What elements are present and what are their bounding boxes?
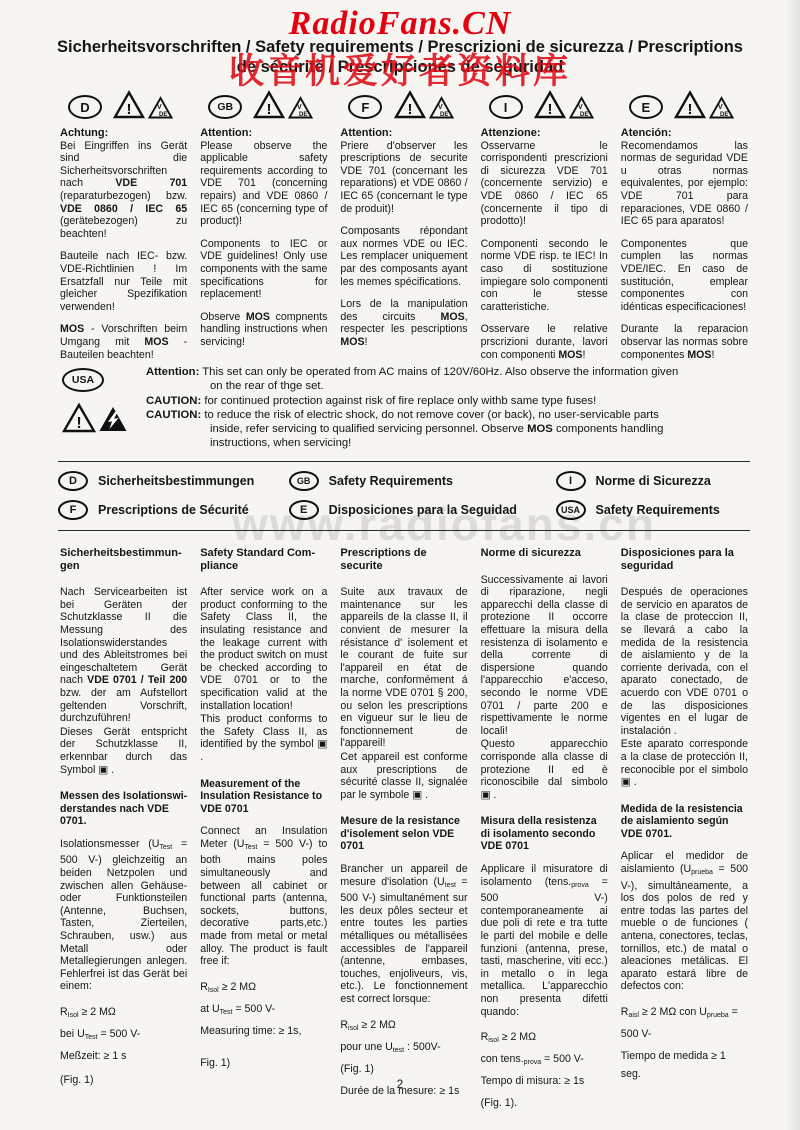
safety-column-i: Attenzione: Osservarne le corrispondenti… [481, 127, 608, 371]
column-heading: Prescriptions de securite [340, 547, 467, 572]
banner-label: Disposiciones para la Seguidad [329, 503, 517, 517]
paragraph: Recomendamos las normas de seguridad VDE… [621, 140, 748, 228]
paragraph: Aplicar el medidor de aislamiento (Uprue… [621, 850, 748, 993]
paragraph: Cet appareil est conforme aux prescripti… [340, 751, 467, 801]
paragraph: Nach Servicearbeiten ist bei Geräten der… [60, 586, 187, 725]
usa-attention-text: Attention: This set can only be operated… [132, 366, 692, 452]
paragraph: Osservare le relative prscrizioni durant… [481, 323, 608, 361]
vde-triangle-icon: VDE [709, 96, 734, 119]
usa-line: CAUTION: to reduce the risk of electric … [146, 409, 692, 450]
svg-text:V: V [157, 104, 162, 111]
column-subheading: Misura della resistenza di isolamento se… [481, 815, 608, 853]
paragraph: Please observe the applicable safety req… [200, 140, 327, 228]
banner-label: Safety Requirements [596, 503, 720, 517]
country-badge-gb: GB [208, 95, 242, 119]
country-badge-i: I [489, 95, 523, 119]
usa-line-label: CAUTION: [146, 409, 201, 421]
country-badge-e: E [629, 95, 663, 119]
paragraph: Componentes que cumplen las normas VDE/I… [621, 238, 748, 314]
paragraph: Composants répondant aux normes VDE ou I… [340, 225, 467, 288]
safety-column-f: Attention: Priere d'observer les prescri… [340, 127, 467, 371]
paragraph: Componenti secondo le norme VDE risp. te… [481, 238, 608, 314]
svg-text:V: V [578, 104, 583, 111]
country-badge-f: F [58, 500, 88, 520]
paragraph: Bei Eingriffen ins Gerät sind die Sicher… [60, 140, 187, 241]
column-heading: Norme di sicurezza [481, 547, 608, 560]
warning-triangle-icon: ! [113, 90, 145, 119]
column-heading: Sicherheitsbestimmun­gen [60, 547, 187, 572]
paragraph: Suite aux travaux de maintenance sur les… [340, 586, 467, 750]
figure-reference: Fig. 1) [200, 1054, 327, 1072]
column-heading: Attention: [200, 127, 327, 140]
paragraph: MOS - Vorschriften beim Umgang mit MOS -… [60, 323, 187, 361]
warning-vde-icons: ! VDE [394, 90, 454, 119]
top-language-columns: Achtung: Bei Eingriffen ins Gerät sind d… [60, 127, 748, 371]
column-subheading: Mesure de la resistance d'isolement selo… [340, 815, 467, 853]
paragraph: Brancher un appareil de mesure d'isolati… [340, 863, 467, 1006]
high-voltage-triangle-icon [98, 405, 128, 433]
radiofans-watermark: RadioFans.CN [0, 5, 800, 43]
usa-line-text: to reduce the risk of electric shock, do… [204, 409, 663, 449]
paragraph: Observe MOS compnents handling instructi… [200, 311, 327, 349]
country-badge-d: D [58, 471, 88, 491]
svg-text:V: V [297, 104, 302, 111]
banner-label: Prescriptions de Sécurité [98, 503, 249, 517]
badge-cell-f: F ! VDE [340, 90, 467, 119]
country-badge-e: E [289, 500, 319, 520]
scanned-manual-page: RadioFans.CN 收音机爱好者资料库 www.radiofans.cn … [0, 0, 800, 1130]
formula-line: Risol ≥ 2 MΩ [340, 1016, 467, 1038]
column-subheading: Measurement of the Insu­lation Resistanc… [200, 778, 327, 816]
paragraph: After service work on a product conformi… [200, 586, 327, 712]
paragraph: Questo apparecchio corrisponde alla clas… [481, 738, 608, 801]
badge-cell-gb: GB ! VDE [200, 90, 327, 119]
formula-line: at UTest = 500 V- [200, 1000, 327, 1022]
paragraph: Components to IEC or VDE guidelines! Onl… [200, 238, 327, 301]
banner-label: Safety Requirements [329, 474, 453, 488]
banner-item-e: E Disposiciones para la Seguidad [289, 500, 556, 520]
usa-line-label: Attention: [146, 366, 199, 378]
formula-line: RIsol ≥ 2 MΩ [60, 1003, 187, 1025]
svg-text:V: V [718, 104, 723, 111]
svg-text:DE: DE [440, 112, 448, 118]
column-heading: Atención: [621, 127, 748, 140]
column-heading: Attention: [340, 127, 467, 140]
usa-icons: USA ! [62, 366, 132, 452]
formula-line: Measuring time: ≥ 1s, [200, 1022, 327, 1040]
warning-triangle-icon: ! [674, 90, 706, 119]
chinese-watermark: 收音机爱好者资料库 [229, 44, 571, 94]
warning-triangle-icon: ! [62, 402, 96, 433]
country-badge-f: F [348, 95, 382, 119]
warning-vde-icons: ! VDE [534, 90, 594, 119]
svg-text:DE: DE [159, 112, 167, 118]
warning-vde-icons: ! VDE [113, 90, 173, 119]
paragraph: Osservarne le corrispondenti prescrizion… [481, 140, 608, 228]
badge-cell-i: I ! VDE [481, 90, 608, 119]
paragraph: Applicare il misuratore di isolamento (t… [481, 863, 608, 1018]
paragraph: Después de operaciones de servicio en ap… [621, 586, 748, 737]
banner-item-gb: GB Safety Requirements [289, 471, 556, 491]
banner-item-usa: USA Safety Requirements [556, 500, 750, 520]
country-badge-usa: USA [62, 368, 104, 392]
formula-line: con tens.prova = 500 V- [481, 1050, 608, 1072]
paragraph: Connect an Insulation Meter (UTest = 500… [200, 825, 327, 968]
usa-line-label: CAUTION: [146, 395, 201, 407]
paragraph: Bauteile nach IEC- bzw. VDE-Richtlinien … [60, 250, 187, 313]
badge-cell-d: D ! VDE [60, 90, 187, 119]
column-heading: Achtung: [60, 127, 187, 140]
section-banner: D Sicherheitsbestimmungen GB Safety Requ… [58, 461, 750, 531]
svg-text:!: ! [687, 101, 692, 118]
paragraph: This product conforms to the Safety Clas… [200, 713, 327, 763]
column-heading: Disposiciones para la seguridad [621, 547, 748, 572]
usa-line-text: This set can only be operated from AC ma… [202, 366, 678, 392]
usa-line-text: for continued protection against risk of… [204, 395, 596, 407]
safety-column-e: Atención: Recomendamos las normas de seg… [621, 127, 748, 371]
standards-column-i: Norme di sicurezza Successivamente ai la… [481, 547, 608, 1112]
figure-reference: (Fig. 1) [340, 1060, 467, 1078]
badge-cell-e: E ! VDE [621, 90, 748, 119]
safety-column-gb: Attention: Please observe the applicable… [200, 127, 327, 371]
safety-column-d: Achtung: Bei Eingriffen ins Gerät sind d… [60, 127, 187, 371]
page-number: 2 [0, 1079, 800, 1091]
vde-triangle-icon: VDE [288, 96, 313, 119]
standards-column-gb: Safety Standard Com­pliance After servic… [200, 547, 327, 1112]
column-subheading: Messen des Isolationswi­derstandes nach … [60, 790, 187, 828]
banner-item-i: I Norme di Sicurezza [556, 471, 750, 491]
column-subheading: Medida de la resi­stencia de aislamiento… [621, 803, 748, 841]
vde-triangle-icon: VDE [148, 96, 173, 119]
paragraph: Priere d'observer les prescriptions de s… [340, 140, 467, 216]
paragraph: Dieses Gerät entspricht der Schutzklasse… [60, 726, 187, 776]
paragraph: Isolationsmesser (UTest = 500 V-) gleich… [60, 838, 187, 993]
formula-line: RIsol ≥ 2 MΩ [200, 978, 327, 1000]
svg-text:V: V [438, 104, 443, 111]
warning-vde-icons: ! VDE [253, 90, 313, 119]
formula-line: Meßzeit: ≥ 1 s [60, 1047, 187, 1065]
country-badge-d: D [68, 95, 102, 119]
svg-text:!: ! [267, 101, 272, 118]
figure-reference: (Fig. 1). [481, 1094, 608, 1112]
svg-text:!: ! [547, 101, 552, 118]
formula-line: Tiempo de medida ≥ 1 seg. [621, 1047, 748, 1083]
standards-column-d: Sicherheitsbestimmun­gen Nach Servicearb… [60, 547, 187, 1112]
banner-item-f: F Prescriptions de Sécurité [58, 500, 289, 520]
country-badge-usa: USA [556, 500, 586, 520]
formula-line: pour une Utest : 500V- [340, 1038, 467, 1060]
country-badge-row: D ! VDE GB ! VDE F ! VDE I ! VDE [60, 90, 748, 119]
vde-triangle-icon: VDE [569, 96, 594, 119]
column-heading: Attenzione: [481, 127, 608, 140]
paragraph: Successivamente ai lavori di riparazione… [481, 574, 608, 738]
country-badge-gb: GB [289, 471, 319, 491]
svg-text:!: ! [407, 101, 412, 118]
standards-column-e: Disposiciones para la seguridad Después … [621, 547, 748, 1112]
warning-triangle-icon: ! [253, 90, 285, 119]
warning-vde-icons: ! VDE [674, 90, 734, 119]
standards-column-f: Prescriptions de securite Suite aux trav… [340, 547, 467, 1112]
formula-line: Risol ≥ 2 MΩ [481, 1028, 608, 1050]
column-heading: Safety Standard Com­pliance [200, 547, 327, 572]
vde-triangle-icon: VDE [429, 96, 454, 119]
banner-label: Norme di Sicurezza [596, 474, 711, 488]
svg-text:DE: DE [299, 112, 307, 118]
bottom-language-columns: Sicherheitsbestimmun­gen Nach Servicearb… [60, 547, 748, 1112]
warning-triangle-icon: ! [534, 90, 566, 119]
formula-line: Raisl ≥ 2 MΩ con Uprueba = 500 V- [621, 1003, 748, 1043]
warning-triangle-icon: ! [394, 90, 426, 119]
country-badge-i: I [556, 471, 586, 491]
usa-attention-section: USA ! Attention: This set can only be op… [62, 366, 692, 452]
svg-text:!: ! [127, 101, 132, 118]
formula-line: bei UTest = 500 V- [60, 1025, 187, 1047]
svg-text:!: ! [76, 415, 81, 432]
usa-warning-icons: ! [62, 402, 128, 433]
usa-line: Attention: This set can only be operated… [146, 366, 692, 394]
paragraph: Este aparato corresponde a la clase de p… [621, 738, 748, 788]
usa-line: CAUTION: for continued protection agains… [146, 395, 692, 409]
banner-item-d: D Sicherheitsbestimmungen [58, 471, 289, 491]
paragraph: Durante la reparacion observar las norma… [621, 323, 748, 361]
svg-text:DE: DE [720, 112, 728, 118]
paragraph: Lors de la manipulation des circuits MOS… [340, 298, 467, 348]
svg-text:DE: DE [580, 112, 588, 118]
banner-label: Sicherheitsbestimmungen [98, 474, 254, 488]
